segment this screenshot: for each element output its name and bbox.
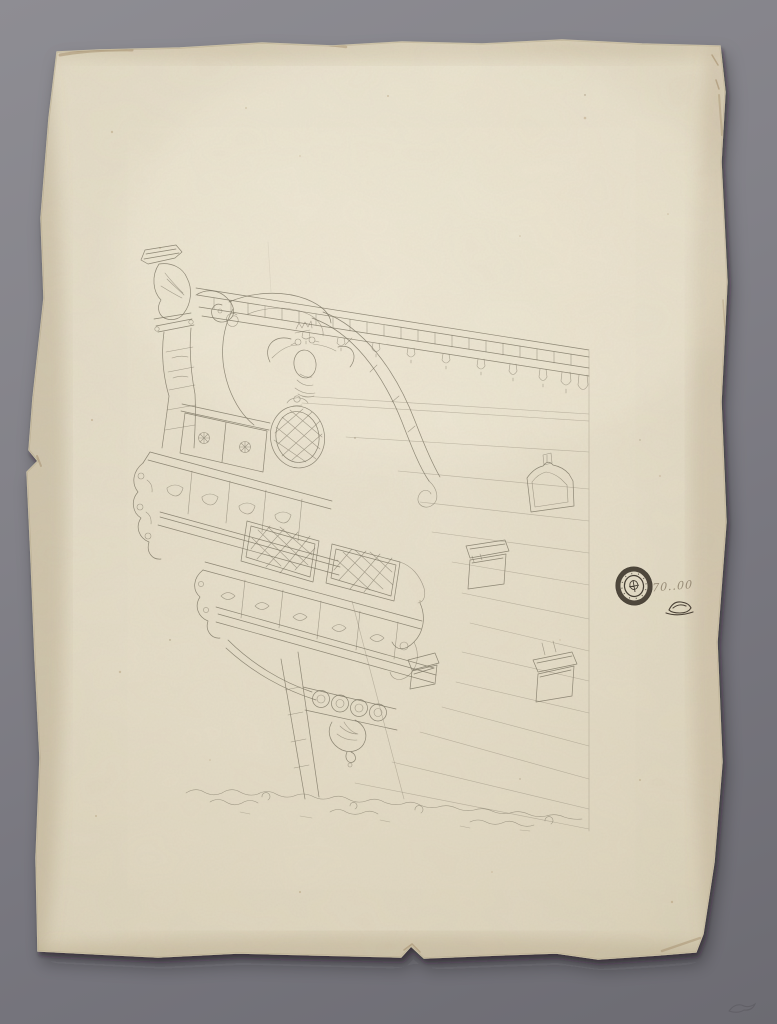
- grey-mat-background: 70..00: [0, 0, 777, 1024]
- paper-texture: [0, 20, 750, 980]
- artwork-photo: [0, 0, 777, 1024]
- mat-pencil-mark: [729, 1004, 755, 1012]
